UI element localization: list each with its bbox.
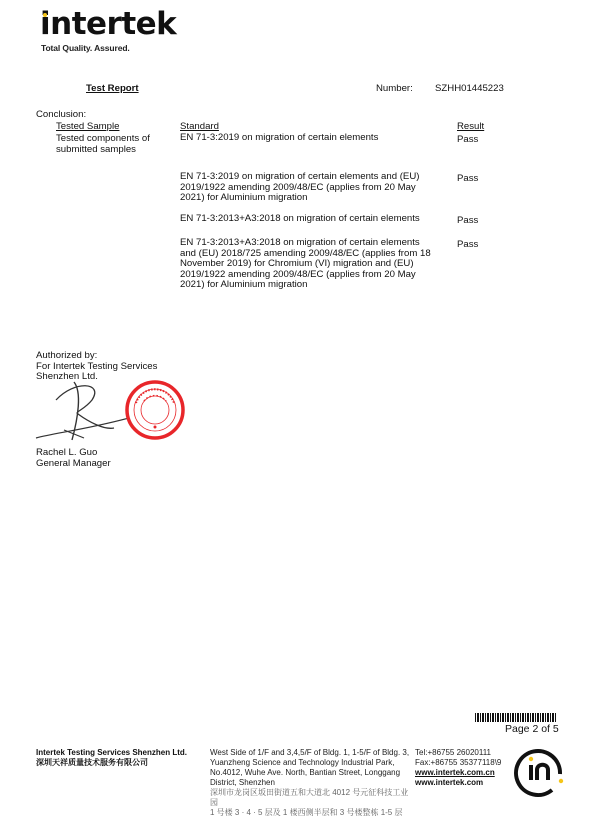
- conclusion-label: Conclusion:: [36, 110, 86, 121]
- footer-address-cn-1: 深圳市龙岗区坂田街道五和大道北 4012 号元征科技工业园: [210, 788, 410, 808]
- footer-website-link[interactable]: www.intertek.com: [415, 778, 501, 788]
- result-row-1: Pass: [457, 135, 478, 146]
- footer-contact: Tel:+86755 26020111 Fax:+86755 35377118\…: [415, 748, 501, 788]
- report-title: Test Report: [86, 84, 139, 95]
- standard-row-1: EN 71-3:2019 on migration of certain ele…: [180, 133, 440, 144]
- report-number-label: Number:: [376, 84, 413, 95]
- authorized-by-label: Authorized by:: [36, 351, 157, 362]
- column-header-tested-sample: Tested Sample: [56, 122, 119, 133]
- result-row-3: Pass: [457, 216, 478, 227]
- tested-sample-description: Tested components of submitted samples: [56, 134, 166, 155]
- barcode: [475, 713, 557, 722]
- column-header-standard: Standard: [180, 122, 219, 133]
- standard-row-3: EN 71-3:2013+A3:2018 on migration of cer…: [180, 214, 450, 225]
- logo-accent-dot: [43, 13, 47, 17]
- footer-address: West Side of 1/F and 3,4,5/F of Bldg. 1,…: [210, 748, 410, 818]
- footer-tel: Tel:+86755 26020111: [415, 748, 501, 758]
- signer-name: Rachel L. Guo: [36, 448, 111, 459]
- footer-company: Intertek Testing Services Shenzhen Ltd. …: [36, 748, 187, 768]
- result-row-4: Pass: [457, 240, 478, 251]
- footer-company-cn: 深圳天祥质量技术服务有限公司: [36, 758, 187, 768]
- company-seal-icon: [124, 379, 186, 441]
- page-number: Page 2 of 5: [505, 723, 559, 735]
- intertek-in-logo-icon: [512, 744, 566, 798]
- standard-row-2: EN 71-3:2019 on migration of certain ele…: [180, 172, 435, 204]
- signature-icon: [34, 378, 134, 446]
- result-row-2: Pass: [457, 174, 478, 185]
- footer-company-en: Intertek Testing Services Shenzhen Ltd.: [36, 748, 187, 758]
- column-header-result: Result: [457, 122, 484, 133]
- report-number-value: SZHH01445223: [435, 84, 504, 95]
- footer-address-cn-2: 1 号楼 3 · 4 · 5 层及 1 楼西侧半层和 3 号楼整栋 1-5 层: [210, 808, 410, 818]
- logo-tagline: Total Quality. Assured.: [41, 43, 130, 53]
- signer-block: Rachel L. Guo General Manager: [36, 448, 111, 469]
- signer-title: General Manager: [36, 459, 111, 470]
- footer-fax: Fax:+86755 35377118\9: [415, 758, 501, 768]
- standard-row-4: EN 71-3:2013+A3:2018 on migration of cer…: [180, 238, 435, 291]
- footer-website-cn-link[interactable]: www.intertek.com.cn: [415, 768, 501, 778]
- footer-address-en: West Side of 1/F and 3,4,5/F of Bldg. 1,…: [210, 748, 410, 788]
- intertek-logo: intertek: [40, 9, 176, 40]
